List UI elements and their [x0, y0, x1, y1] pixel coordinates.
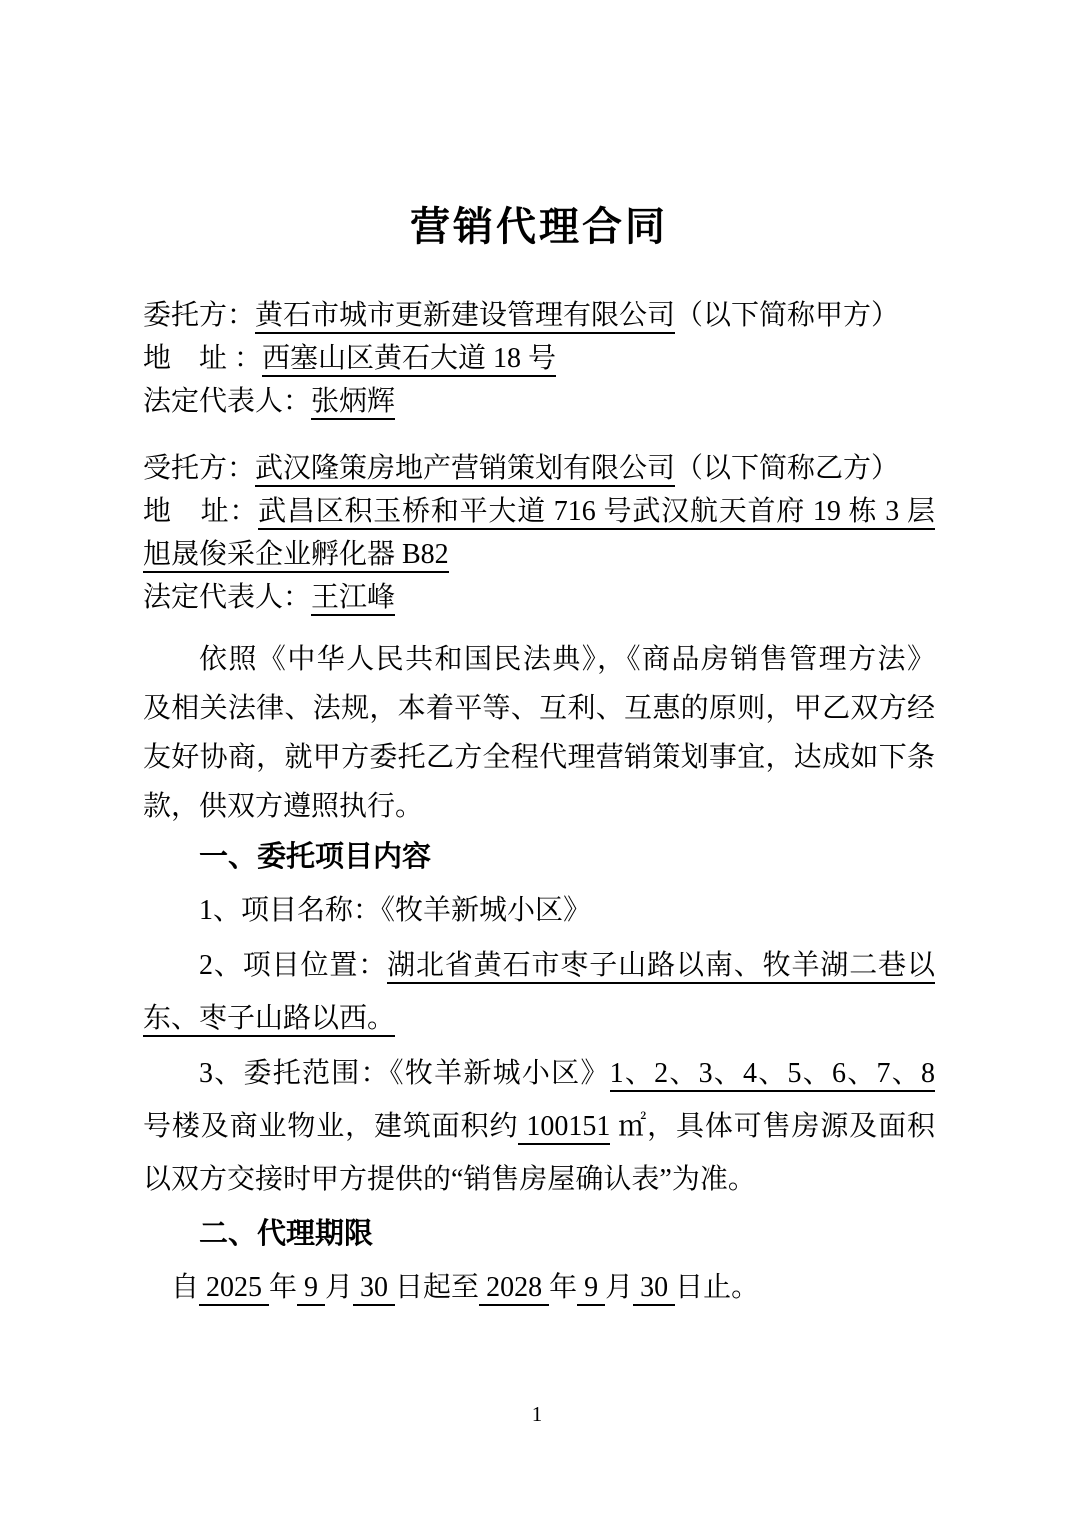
underlined-text: 2028 [479, 1272, 549, 1306]
text-run: 月 [605, 1272, 633, 1303]
underlined-text: 西塞山区黄石大道 18 号 [262, 343, 556, 377]
text-run: 年 [269, 1272, 297, 1303]
section-2-heading: 二、代理期限 [143, 1208, 935, 1261]
text-run: 依照《中华人民共和国民法典》，《商品房销售管理方法》 [199, 644, 935, 675]
text-run: 自 [171, 1272, 199, 1303]
underlined-text: 旭晟俊采企业孵化器 B82 [143, 539, 449, 573]
text-run: 款，供双方遵照执行。 [143, 791, 423, 822]
item-entrust-scope-line-1: 3、委托范围：《牧羊新城小区》1、2、3、4、5、6、7、8 [143, 1047, 935, 1100]
text-run: 受托方： [143, 453, 255, 484]
section-1-heading: 一、委托项目内容 [143, 831, 935, 884]
item-entrust-scope-line-3: 以双方交接时甲方提供的“销售房屋确认表”为准。 [143, 1153, 935, 1206]
text-run: 地 址 ： [143, 343, 262, 374]
underlined-text: 2025 [199, 1272, 269, 1306]
party-b-legal-rep-line: 法定代表人：王江峰 [143, 576, 935, 619]
underlined-text: 30 [353, 1272, 395, 1306]
preamble-line-2: 及相关法律、法规，本着平等、互利、互惠的原则，甲乙双方经 [143, 684, 935, 733]
text-run: 月 [325, 1272, 353, 1303]
underlined-text: 30 [633, 1272, 675, 1306]
underlined-text: 9 [577, 1272, 605, 1306]
underlined-text: 东、枣子山路以西。 [143, 1003, 395, 1037]
page-number: 1 [0, 1400, 1074, 1428]
party-b-block: 受托方：武汉隆策房地产营销策划有限公司（以下简称乙方） 地 址：武昌区积玉桥和平… [143, 447, 935, 619]
underlined-text: 100151 [518, 1111, 610, 1145]
text-run: ㎡，具体可售房源及面积 [610, 1111, 935, 1142]
text-run: 年 [549, 1272, 577, 1303]
text-run: 日起至 [395, 1272, 479, 1303]
text-run: 2、项目位置： [199, 950, 387, 981]
preamble-line-4: 款，供双方遵照执行。 [143, 782, 935, 831]
text-run: 日止。 [675, 1272, 759, 1303]
underlined-text: 王江峰 [311, 582, 395, 616]
text-run: 3、委托范围：《牧羊新城小区》 [199, 1058, 610, 1089]
text-run: 地 址： [143, 496, 258, 527]
underlined-text: 张炳辉 [311, 386, 395, 420]
underlined-text: 武昌区积玉桥和平大道 716 号武汉航天首府 19 栋 3 层 [258, 496, 935, 530]
item-entrust-scope: 3、委托范围：《牧羊新城小区》1、2、3、4、5、6、7、8 号楼及商业物业，建… [143, 1047, 935, 1206]
text-run: 法定代表人： [143, 386, 311, 417]
party-a-block: 委托方：黄石市城市更新建设管理有限公司（以下简称甲方） 地 址 ：西塞山区黄石大… [143, 294, 935, 423]
underlined-text: 黄石市城市更新建设管理有限公司 [255, 300, 675, 334]
party-a-entrust-line: 委托方：黄石市城市更新建设管理有限公司（以下简称甲方） [143, 294, 935, 337]
item-project-location: 2、项目位置：湖北省黄石市枣子山路以南、牧羊湖二巷以 东、枣子山路以西。 [143, 939, 935, 1045]
party-a-legal-rep-line: 法定代表人：张炳辉 [143, 380, 935, 423]
agency-term-paragraph: 自 2025 年 9 月 30 日起至 2028 年 9 月 30 日止。 [143, 1261, 935, 1314]
preamble-paragraph: 依照《中华人民共和国民法典》，《商品房销售管理方法》 及相关法律、法规，本着平等… [143, 635, 935, 831]
text-run: 法定代表人： [143, 582, 311, 613]
underlined-text: 1、2、3、4、5、6、7、8 [610, 1058, 935, 1092]
underlined-text: 9 [297, 1272, 325, 1306]
text-run: 以双方交接时甲方提供的“销售房屋确认表”为准。 [143, 1164, 756, 1195]
contract-document-page: 营销代理合同 委托方：黄石市城市更新建设管理有限公司（以下简称甲方） 地 址 ：… [0, 0, 1074, 1520]
item-project-name: 1、项目名称：《牧羊新城小区》 [143, 884, 935, 937]
text-run: （以下简称乙方） [675, 453, 899, 484]
party-a-address-line: 地 址 ：西塞山区黄石大道 18 号 [143, 337, 935, 380]
item-project-location-line-1: 2、项目位置：湖北省黄石市枣子山路以南、牧羊湖二巷以 [143, 939, 935, 992]
text-run: 号楼及商业物业，建筑面积约 [143, 1111, 518, 1142]
text-run: 友好协商，就甲方委托乙方全程代理营销策划事宜，达成如下条 [143, 742, 935, 773]
text-run: 委托方： [143, 300, 255, 331]
preamble-line-1: 依照《中华人民共和国民法典》，《商品房销售管理方法》 [143, 635, 935, 684]
item-entrust-scope-line-2: 号楼及商业物业，建筑面积约 100151 ㎡，具体可售房源及面积 [143, 1100, 935, 1153]
item-project-name-line: 1、项目名称：《牧羊新城小区》 [143, 884, 935, 937]
document-title: 营销代理合同 [143, 0, 935, 258]
contract-content: 营销代理合同 委托方：黄石市城市更新建设管理有限公司（以下简称甲方） 地 址 ：… [143, 0, 935, 1314]
text-run: 1、项目名称：《牧羊新城小区》 [199, 895, 591, 926]
agency-term-line: 自 2025 年 9 月 30 日起至 2028 年 9 月 30 日止。 [143, 1261, 935, 1314]
party-b-entrust-line: 受托方：武汉隆策房地产营销策划有限公司（以下简称乙方） [143, 447, 935, 490]
underlined-text: 武汉隆策房地产营销策划有限公司 [255, 453, 675, 487]
item-project-location-line-2: 东、枣子山路以西。 [143, 992, 935, 1045]
text-run: （以下简称甲方） [675, 300, 899, 331]
party-b-address-line-1: 地 址：武昌区积玉桥和平大道 716 号武汉航天首府 19 栋 3 层 [143, 490, 935, 533]
underlined-text: 湖北省黄石市枣子山路以南、牧羊湖二巷以 [387, 950, 935, 984]
preamble-line-3: 友好协商，就甲方委托乙方全程代理营销策划事宜，达成如下条 [143, 733, 935, 782]
text-run: 及相关法律、法规，本着平等、互利、互惠的原则，甲乙双方经 [143, 693, 935, 724]
party-b-address-line-2: 旭晟俊采企业孵化器 B82 [143, 533, 935, 576]
